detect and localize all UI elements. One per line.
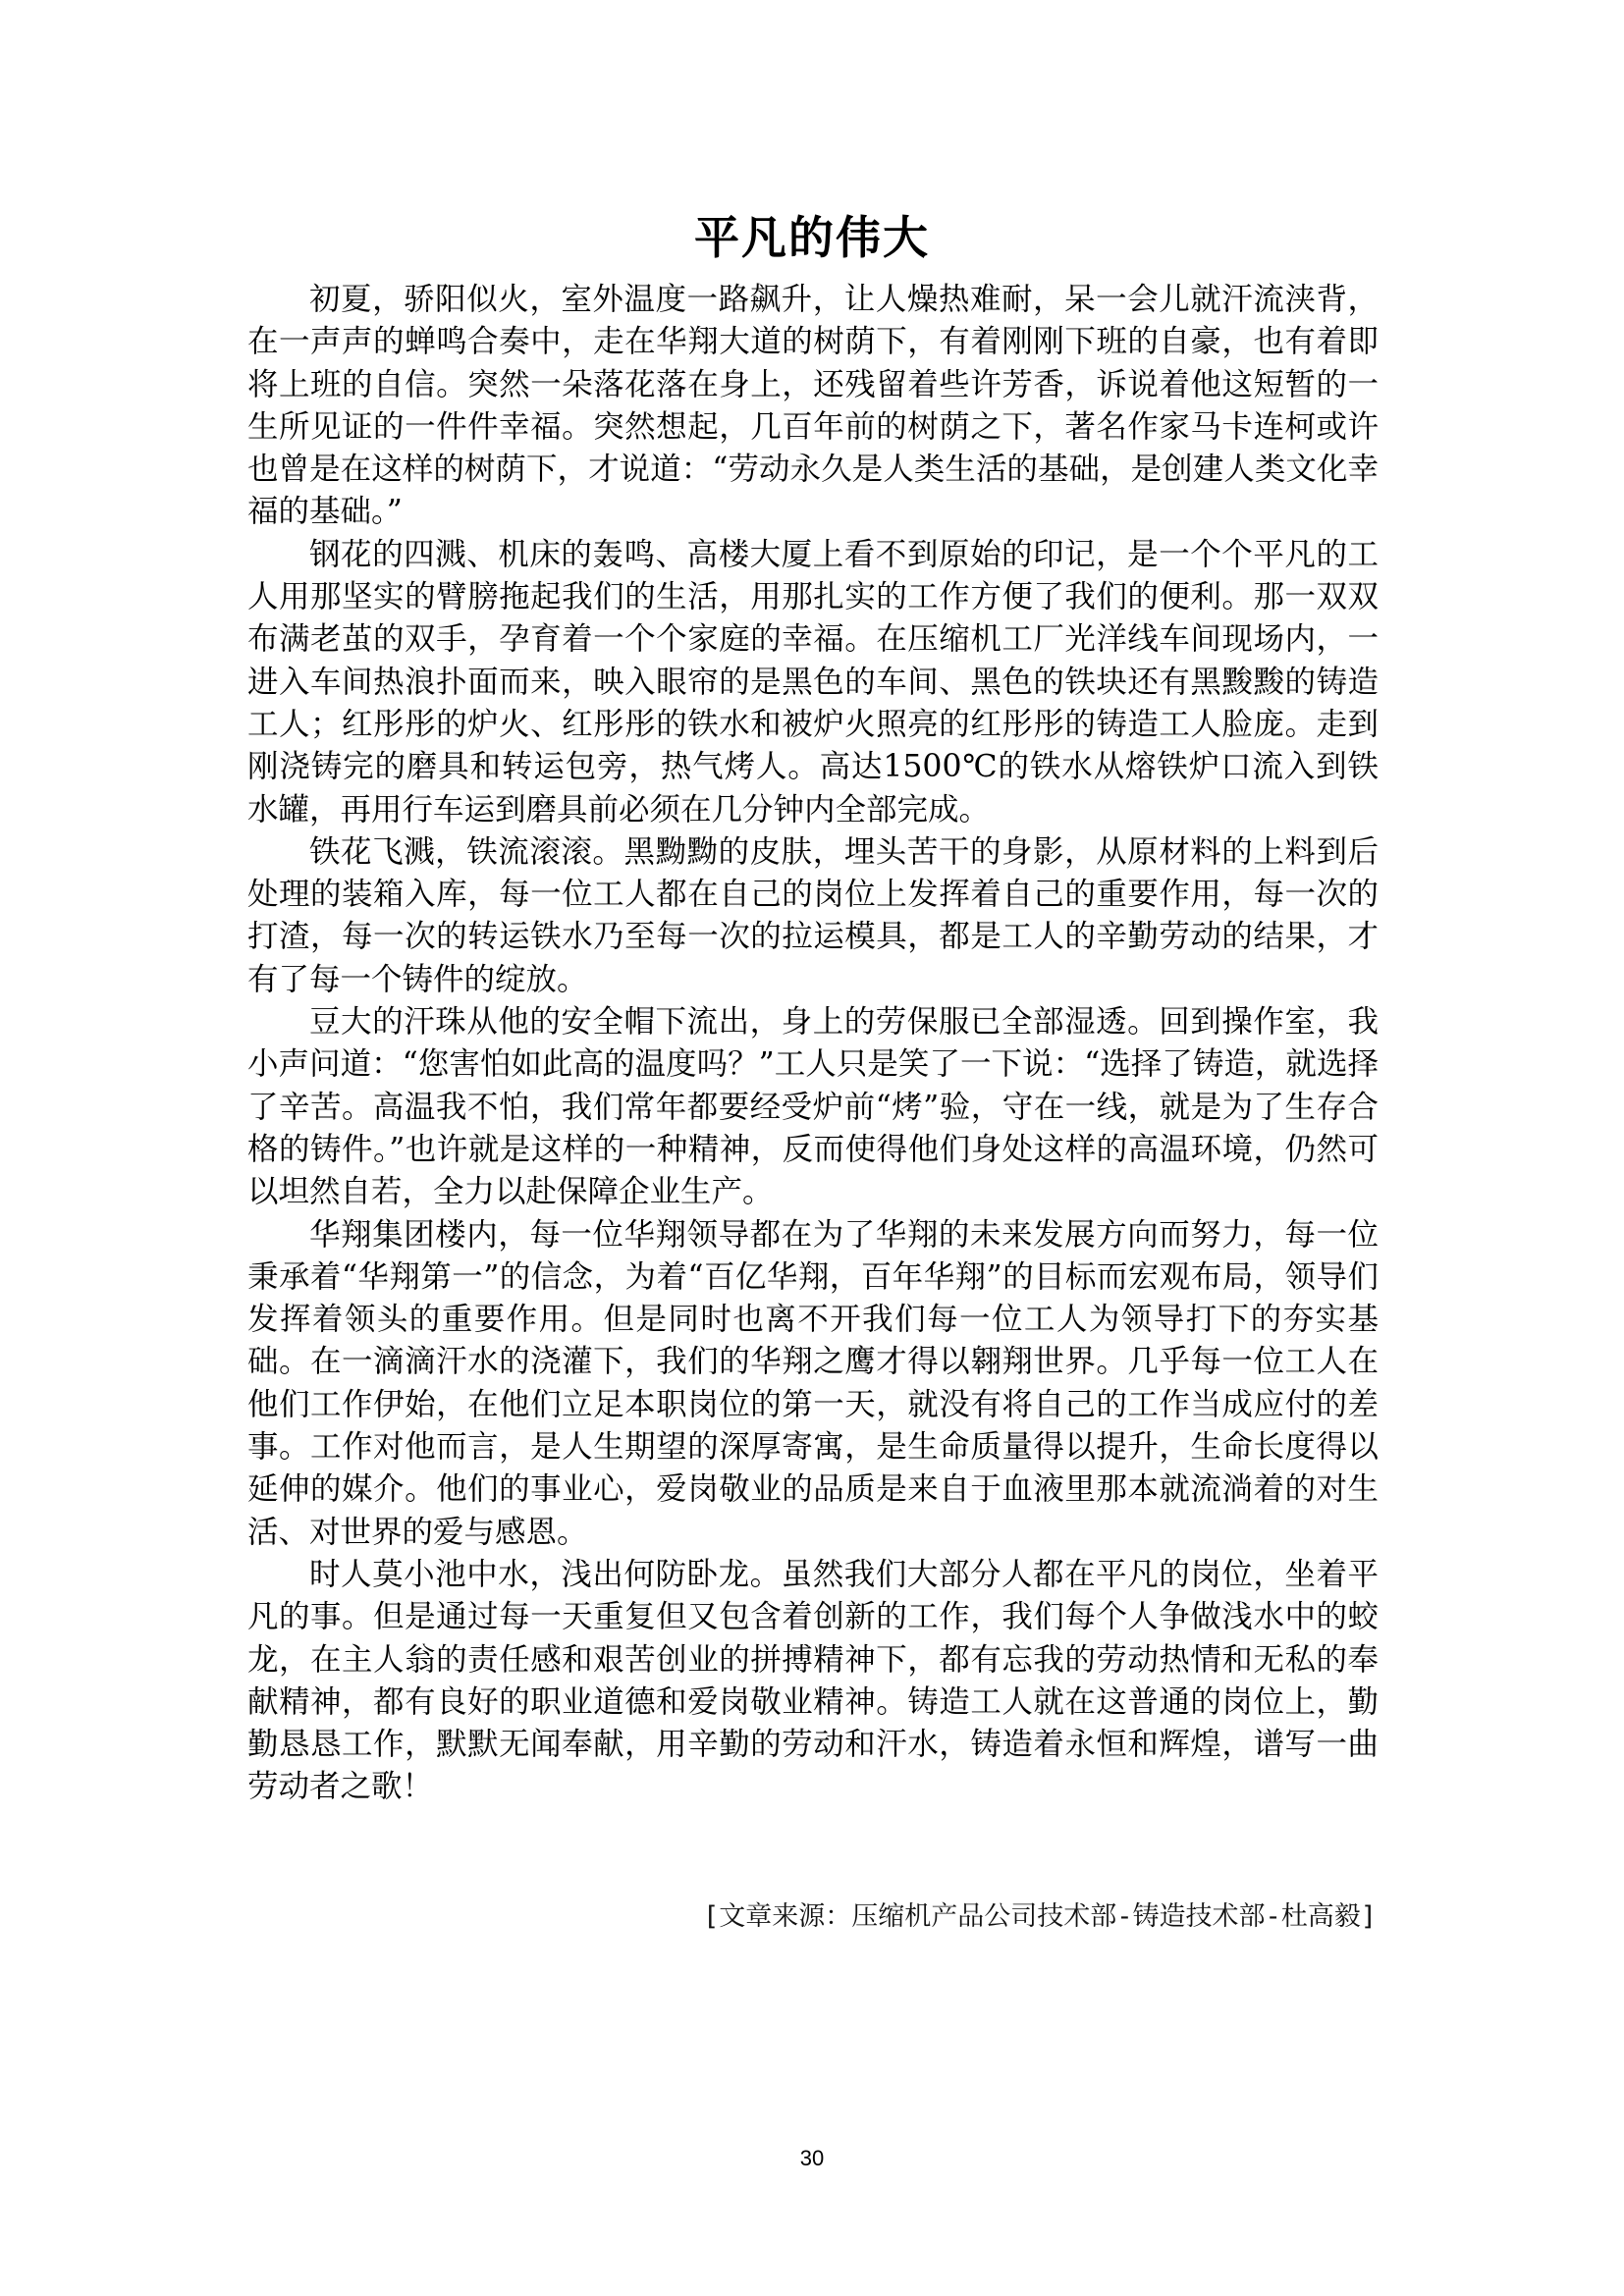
paragraph: 初夏，骄阳似火，室外温度一路飙升，让人燥热难耐，呆一会儿就汗流浃背，在一声声的蝉… [247, 279, 1379, 534]
document-page: 平凡的伟大 初夏，骄阳似火，室外温度一路飙升，让人燥热难耐，呆一会儿就汗流浃背，… [0, 0, 1624, 2296]
paragraph: 钢花的四溅、机床的轰鸣、高楼大厦上看不到原始的印记，是一个个平凡的工人用那坚实的… [247, 534, 1379, 831]
paragraph: 华翔集团楼内，每一位华翔领导都在为了华翔的未来发展方向而努力，每一位秉承着“华翔… [247, 1214, 1379, 1554]
article-title: 平凡的伟大 [0, 208, 1624, 267]
page-number: 30 [0, 2146, 1624, 2171]
article-body: 初夏，骄阳似火，室外温度一路飙升，让人燥热难耐，呆一会儿就汗流浃背，在一声声的蝉… [247, 279, 1379, 1809]
paragraph: 豆大的汗珠从他的安全帽下流出，身上的劳保服已全部湿透。回到操作室，我小声问道：“… [247, 1001, 1379, 1213]
paragraph: 时人莫小池中水，浅出何防卧龙。虽然我们大部分人都在平凡的岗位，坐着平凡的事。但是… [247, 1554, 1379, 1809]
article-source: [文章来源：压缩机产品公司技术部-铸造技术部-杜高毅] [703, 1895, 1377, 1933]
paragraph: 铁花飞溅，铁流滚滚。黑黝黝的皮肤，埋头苦干的身影，从原材料的上料到后处理的装箱入… [247, 831, 1379, 1001]
